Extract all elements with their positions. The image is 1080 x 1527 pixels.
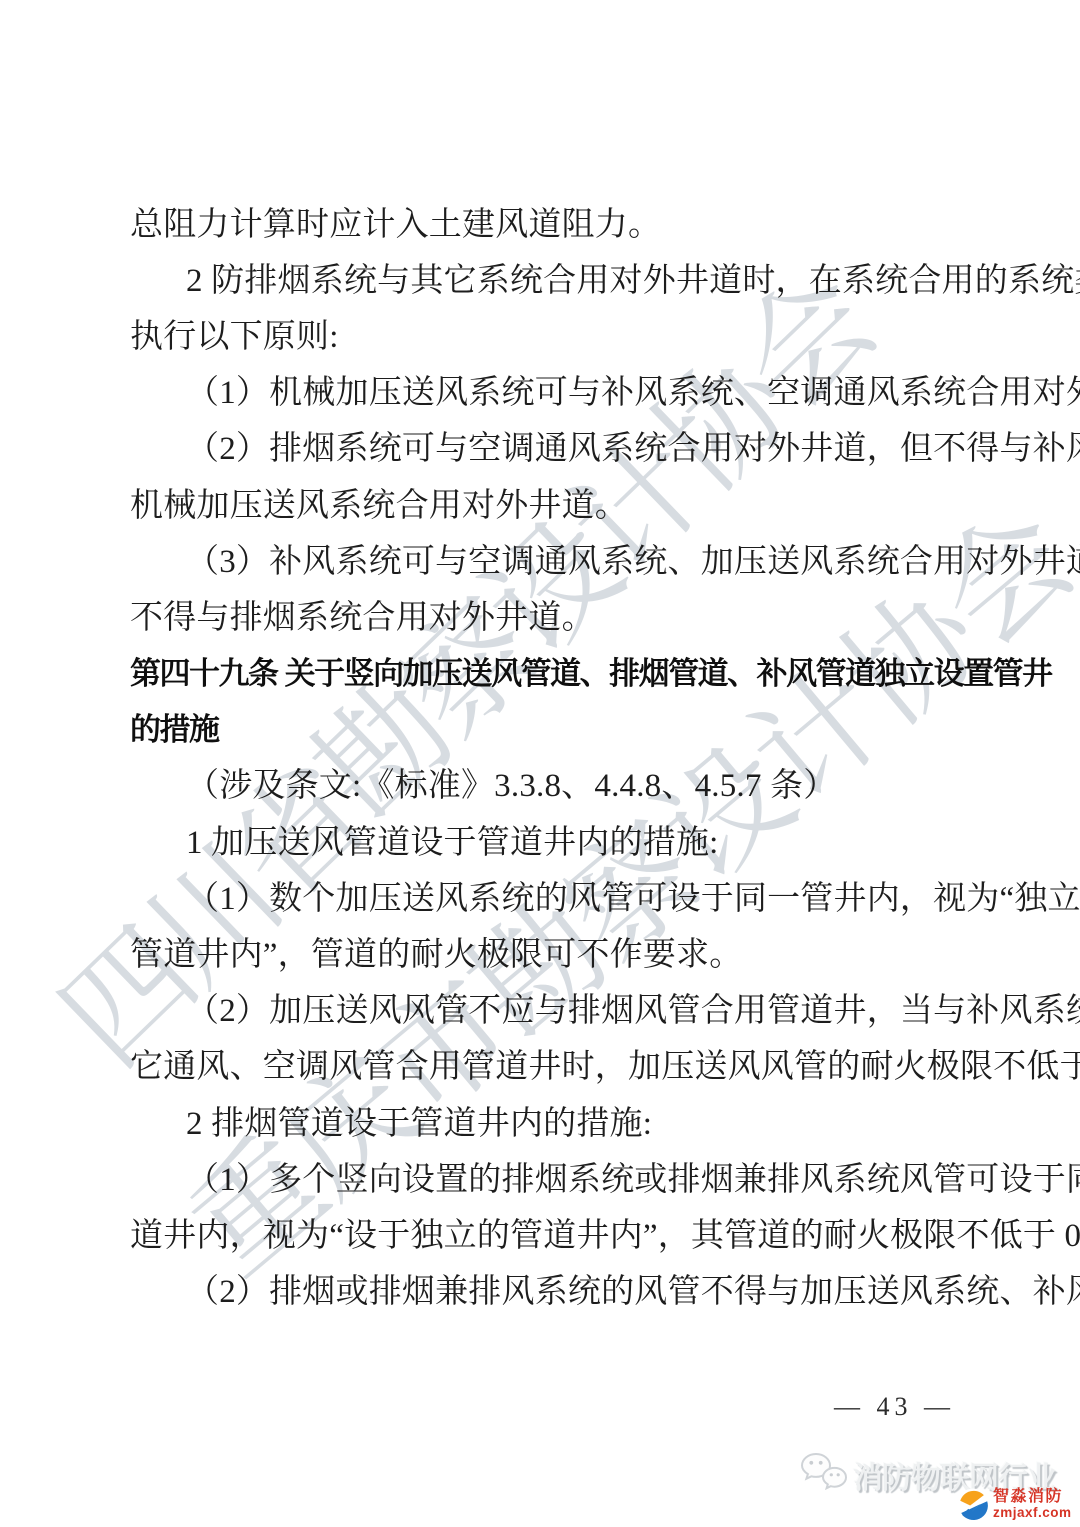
text-line: 的措施	[130, 699, 956, 755]
text-line: 机械加压送风系统合用对外井道。	[130, 474, 956, 530]
text-line: 道井内，视为“设于独立的管道井内”，其管道的耐火极限不低于 0.5h。	[130, 1204, 956, 1260]
document-body: 总阻力计算时应计入土建风道阻力。2 防排烟系统与其它系统合用对外井道时，在系统合…	[130, 193, 956, 1317]
text-line: （1）多个竖向设置的排烟系统或排烟兼排风系统风管可设于同一管	[130, 1148, 956, 1204]
text-line: 第四十九条 关于竖向加压送风管道、排烟管道、补风管道独立设置管井	[130, 643, 956, 699]
text-line: （2）排烟系统可与空调通风系统合用对外井道，但不得与补风系统、	[130, 418, 956, 474]
text-line: （1）数个加压送风系统的风管可设于同一管井内，视为“独立设置在	[130, 867, 956, 923]
text-line: （3）补风系统可与空调通风系统、加压送风系统合用对外井道，但	[130, 530, 956, 586]
text-line: 它通风、空调风管合用管道井时，加压送风风管的耐火极限不低于 1.0h。	[130, 1036, 956, 1092]
text-line: 2 防排烟系统与其它系统合用对外井道时，在系统合用的系统类别上	[130, 249, 956, 305]
page-number: — 43 —	[834, 1392, 955, 1422]
text-line: 管道井内”，管道的耐火极限可不作要求。	[130, 923, 956, 979]
brand-name: 智淼消防	[993, 1488, 1072, 1505]
text-line: 不得与排烟系统合用对外井道。	[130, 586, 956, 642]
wechat-icon	[799, 1451, 849, 1498]
zhimiao-brand: 智淼消防 zmjaxf.com	[956, 1488, 1072, 1527]
text-line: （涉及条文:《标准》3.3.8、4.4.8、4.5.7 条）	[130, 755, 956, 811]
brand-domain: zmjaxf.com	[993, 1505, 1072, 1520]
text-line: 1 加压送风管道设于管道井内的措施:	[130, 811, 956, 867]
text-line: （1）机械加压送风系统可与补风系统、空调通风系统合用对外井道。	[130, 362, 956, 418]
text-line: （2）加压送风风管不应与排烟风管合用管道井，当与补风系统及其	[130, 980, 956, 1036]
text-line: 总阻力计算时应计入土建风道阻力。	[130, 193, 956, 249]
text-line: （2）排烟或排烟兼排风系统的风管不得与加压送风系统、补风系统	[130, 1261, 956, 1317]
zhimiao-logo-icon	[956, 1488, 990, 1527]
text-line: 2 排烟管道设于管道井内的措施:	[130, 1092, 956, 1148]
document-page: 四川省勘察设计协会 重庆市勘察设计协会 总阻力计算时应计入土建风道阻力。2 防排…	[0, 0, 1080, 1527]
text-line: 执行以下原则:	[130, 305, 956, 361]
